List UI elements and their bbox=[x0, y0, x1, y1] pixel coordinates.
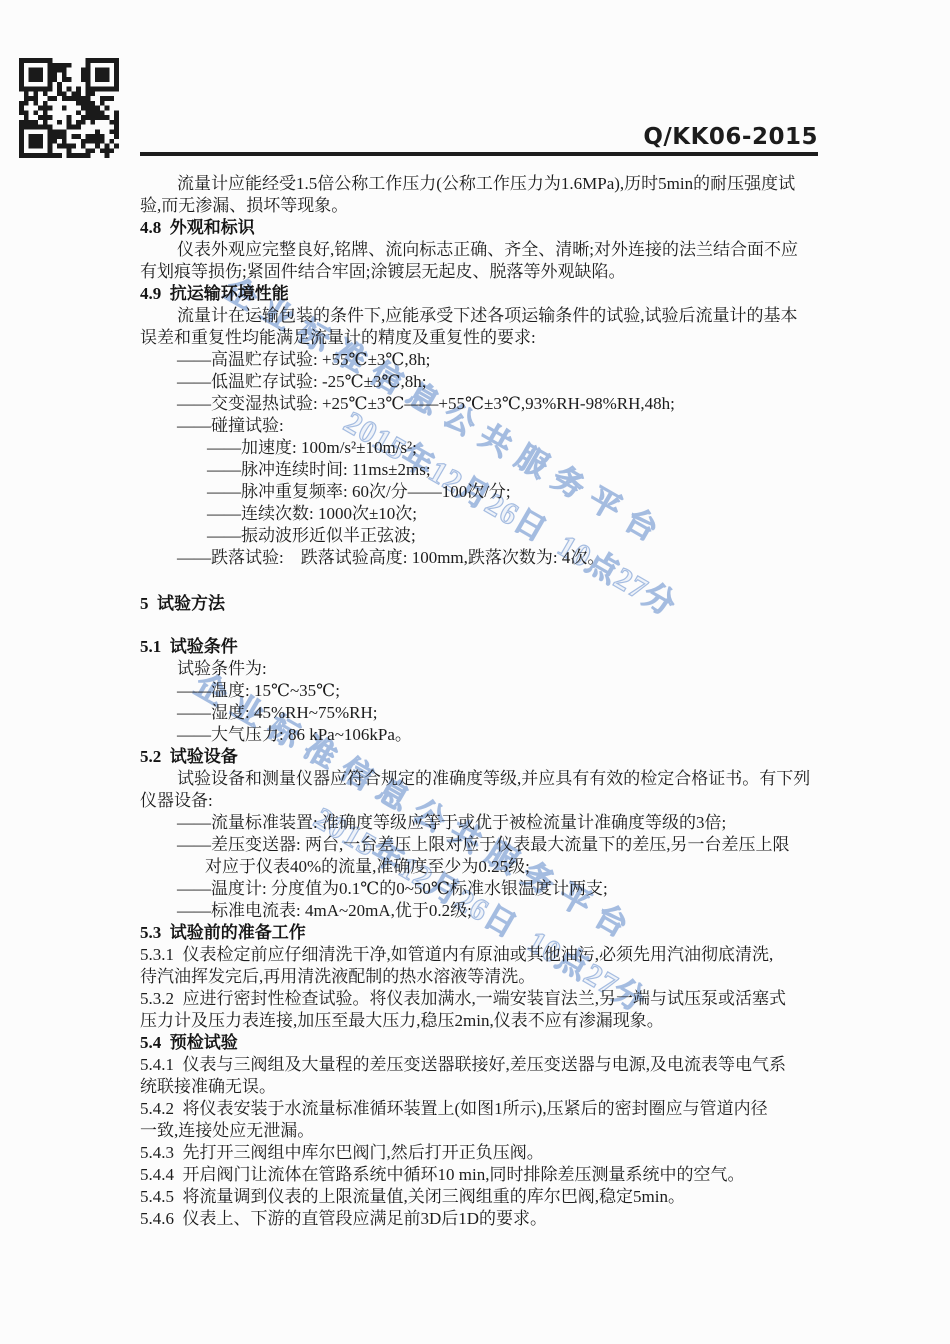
text-line: ——碰撞试验: bbox=[140, 415, 819, 437]
text-line: 5.3.2 应进行密封性检查试验。将仪表加满水,一端安装盲法兰,另一端与试压泵或… bbox=[140, 988, 819, 1010]
text-line: ——湿度: 45%RH~75%RH; bbox=[140, 702, 819, 724]
text-line: ——加速度: 100m/s²±10m/s²; bbox=[140, 437, 819, 459]
text-line: 5.4.3 先打开三阀组中库尔巴阀门,然后打开正负压阀。 bbox=[140, 1142, 819, 1164]
text-line: ——大气压力: 86 kPa~106kPa。 bbox=[140, 724, 819, 746]
text-line: 流量计应能经受1.5倍公称工作压力(公称工作压力为1.6MPa),历时5min的… bbox=[140, 173, 819, 195]
text-line: ——连续次数: 1000次±10次; bbox=[140, 503, 819, 525]
text-line: ——脉冲重复频率: 60次/分——100次/分; bbox=[140, 481, 819, 503]
section-heading: 5 试验方法 bbox=[140, 593, 819, 615]
section-heading: 4.8 外观和标识 bbox=[140, 217, 819, 239]
section-heading: 4.9 抗运输环境性能 bbox=[140, 283, 819, 305]
text-line: 5.4.1 仪表与三阀组及大量程的差压变送器联接好,差压变送器与电源,及电流表等… bbox=[140, 1054, 819, 1076]
text-line: ——低温贮存试验: -25℃±3℃,8h; bbox=[140, 371, 819, 393]
text-line: 试验条件为: bbox=[140, 658, 819, 680]
qr-code-icon bbox=[18, 58, 120, 158]
text-line: ——差压变送器: 两台,一台差压上限对应于仪表最大流量下的差压,另一台差压上限 bbox=[140, 834, 819, 856]
text-line: 5.3.1 仪表检定前应仔细清洗干净,如管道内有原油或其他油污,必须先用汽油彻底… bbox=[140, 944, 819, 966]
text-line: ——温度计: 分度值为0.1℃的0~50℃标准水银温度计两支; bbox=[140, 878, 819, 900]
section-heading: 5.1 试验条件 bbox=[140, 636, 819, 658]
text-line: 5.4.6 仪表上、下游的直管段应满足前3D后1D的要求。 bbox=[140, 1208, 819, 1230]
text-line: ——交变湿热试验: +25℃±3℃——+55℃±3℃,93%RH-98%RH,4… bbox=[140, 393, 819, 415]
text-line: 验,而无渗漏、损坏等现象。 bbox=[140, 195, 819, 217]
text-line: 对应于仪表40%的流量,准确度至少为0.25级; bbox=[140, 856, 819, 878]
text-line: 仪器设备: bbox=[140, 790, 819, 812]
text-line: ——流量标准装置: 准确度等级应等于或优于被检流量计准确度等级的3倍; bbox=[140, 812, 819, 834]
text-line: ——振动波形近似半正弦波; bbox=[140, 525, 819, 547]
text-line: 压力计及压力表连接,加压至最大压力,稳压2min,仪表不应有渗漏现象。 bbox=[140, 1010, 819, 1032]
document-page: 企业标准信息公共服务平台 2015年12月26日 10点27分 企业标准信息公共… bbox=[0, 0, 950, 1344]
text-line: ——温度: 15℃~35℃; bbox=[140, 680, 819, 702]
section-heading: 5.3 试验前的准备工作 bbox=[140, 922, 819, 944]
text-line: 5.4.5 将流量调到仪表的上限流量值,关闭三阀组重的库尔巴阀,稳定5min。 bbox=[140, 1186, 819, 1208]
text-line: 5.4.4 开启阀门让流体在管路系统中循环10 min,同时排除差压测量系统中的… bbox=[140, 1164, 819, 1186]
text-line: 流量计在运输包装的条件下,应能承受下述各项运输条件的试验,试验后流量计的基本 bbox=[140, 305, 819, 327]
text-line: 误差和重复性均能满足流量计的精度及重复性的要求: bbox=[140, 327, 819, 349]
text-line: 一致,连接处应无泄漏。 bbox=[140, 1120, 819, 1142]
text-line: ——高温贮存试验: +55℃±3℃,8h; bbox=[140, 349, 819, 371]
text-line: ——脉冲连续时间: 11ms±2ms; bbox=[140, 459, 819, 481]
document-number: Q/KK06-2015 bbox=[643, 124, 818, 150]
text-line: 待汽油挥发完后,再用清洗液配制的热水溶液等清洗。 bbox=[140, 966, 819, 988]
text-line: 仪表外观应完整良好,铭牌、流向标志正确、齐全、清晰;对外连接的法兰结合面不应 bbox=[140, 239, 819, 261]
text-line: 有划痕等损伤;紧固件结合牢固;涂镀层无起皮、脱落等外观缺陷。 bbox=[140, 261, 819, 283]
section-heading: 5.2 试验设备 bbox=[140, 746, 819, 768]
text-line: 试验设备和测量仪器应符合规定的准确度等级,并应具有有效的检定合格证书。有下列 bbox=[140, 768, 819, 790]
text-line: 统联接准确无误。 bbox=[140, 1076, 819, 1098]
text-line: ——标准电流表: 4mA~20mA,优于0.2级; bbox=[140, 900, 819, 922]
header-rule-divider bbox=[140, 152, 818, 156]
text-line: ——跌落试验: 跌落试验高度: 100mm,跌落次数为: 4次。 bbox=[140, 547, 819, 569]
document-body: 流量计应能经受1.5倍公称工作压力(公称工作压力为1.6MPa),历时5min的… bbox=[140, 173, 819, 1230]
text-line: 5.4.2 将仪表安装于水流量标准循环装置上(如图1所示),压紧后的密封圈应与管… bbox=[140, 1098, 819, 1120]
section-heading: 5.4 预检试验 bbox=[140, 1032, 819, 1054]
